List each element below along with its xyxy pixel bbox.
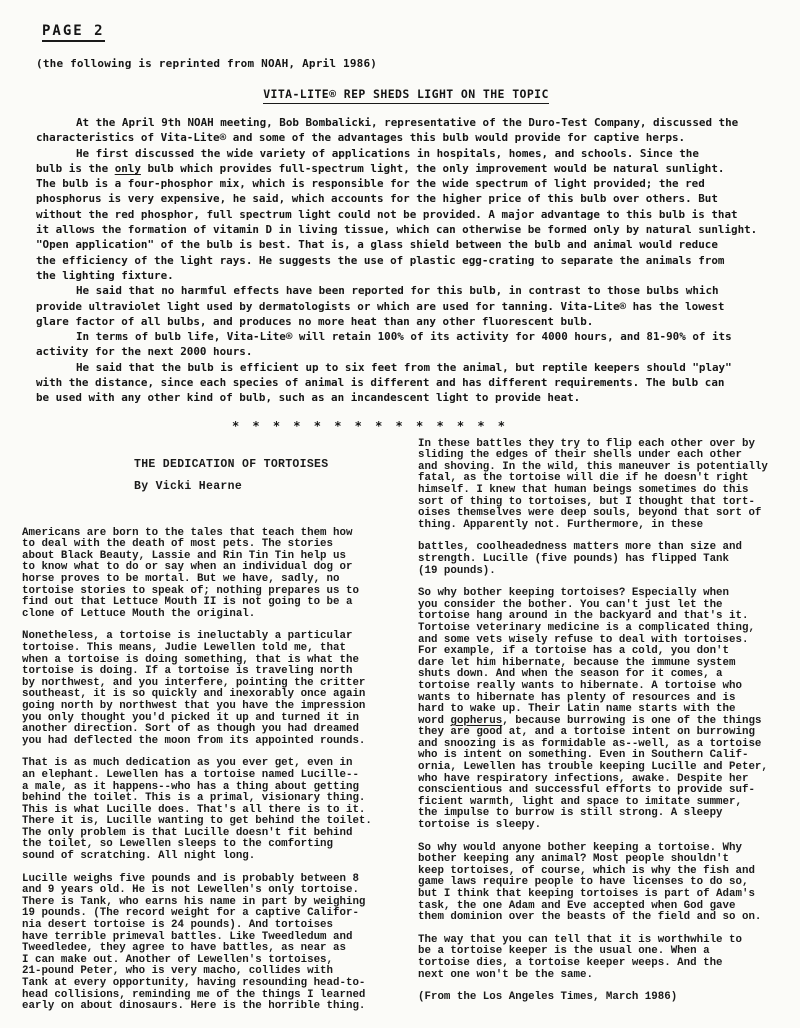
tortoise-paragraph: Nonetheless, a tortoise is ineluctably a… (22, 631, 392, 747)
tortoise-article-title: THE DEDICATION OF TORTOISES (134, 457, 392, 472)
vita-article-title-row: VITA-LITE® REP SHEDS LIGHT ON THE TOPIC (36, 83, 776, 104)
vita-paragraph: In terms of bulb life, Vita-Lite® will r… (36, 329, 776, 360)
tortoise-paragraph: That is as much dedication as you ever g… (22, 758, 392, 862)
tortoise-paragraph: So why would anyone bother keeping a tor… (418, 843, 796, 924)
top-section: PAGE 2 (the following is reprinted from … (36, 20, 776, 406)
tortoise-article-byline: By Vicki Hearne (134, 479, 392, 494)
page-number-label: PAGE 2 (42, 23, 105, 42)
vita-paragraph: He said that the bulb is efficient up to… (36, 360, 776, 406)
tortoise-paragraph: Lucille weighs five pounds and is probab… (22, 874, 392, 1013)
source-note: (From the Los Angeles Times, March 1986) (418, 992, 796, 1004)
tortoise-paragraph: So why bother keeping tortoises? Especia… (418, 588, 796, 831)
tortoise-paragraph: In these battles they try to flip each o… (418, 439, 796, 532)
vita-paragraph: He said that no harmful effects have bee… (36, 283, 776, 329)
vita-paragraph: He first discussed the wide variety of a… (36, 146, 776, 284)
vita-paragraph: At the April 9th NOAH meeting, Bob Bomba… (36, 115, 776, 146)
newsletter-page: PAGE 2 (the following is reprinted from … (0, 0, 800, 1028)
asterisk-separator: * * * * * * * * * * * * * * (0, 419, 740, 433)
tortoise-article: THE DEDICATION OF TORTOISES By Vicki Hea… (22, 439, 796, 1024)
tortoise-paragraph: Americans are born to the tales that tea… (22, 528, 392, 621)
tortoise-paragraph: The way that you can tell that it is wor… (418, 935, 796, 981)
column-right: In these battles they try to flip each o… (418, 439, 796, 1024)
tortoise-paragraph: battles, coolheadedness matters more tha… (418, 542, 796, 577)
tortoise-article-header: THE DEDICATION OF TORTOISES By Vicki Hea… (134, 457, 392, 494)
vita-article-title: VITA-LITE® REP SHEDS LIGHT ON THE TOPIC (263, 87, 549, 104)
reprint-note: (the following is reprinted from NOAH, A… (36, 57, 776, 70)
vita-article-body: At the April 9th NOAH meeting, Bob Bomba… (36, 115, 776, 406)
column-left: THE DEDICATION OF TORTOISES By Vicki Hea… (22, 439, 392, 1024)
